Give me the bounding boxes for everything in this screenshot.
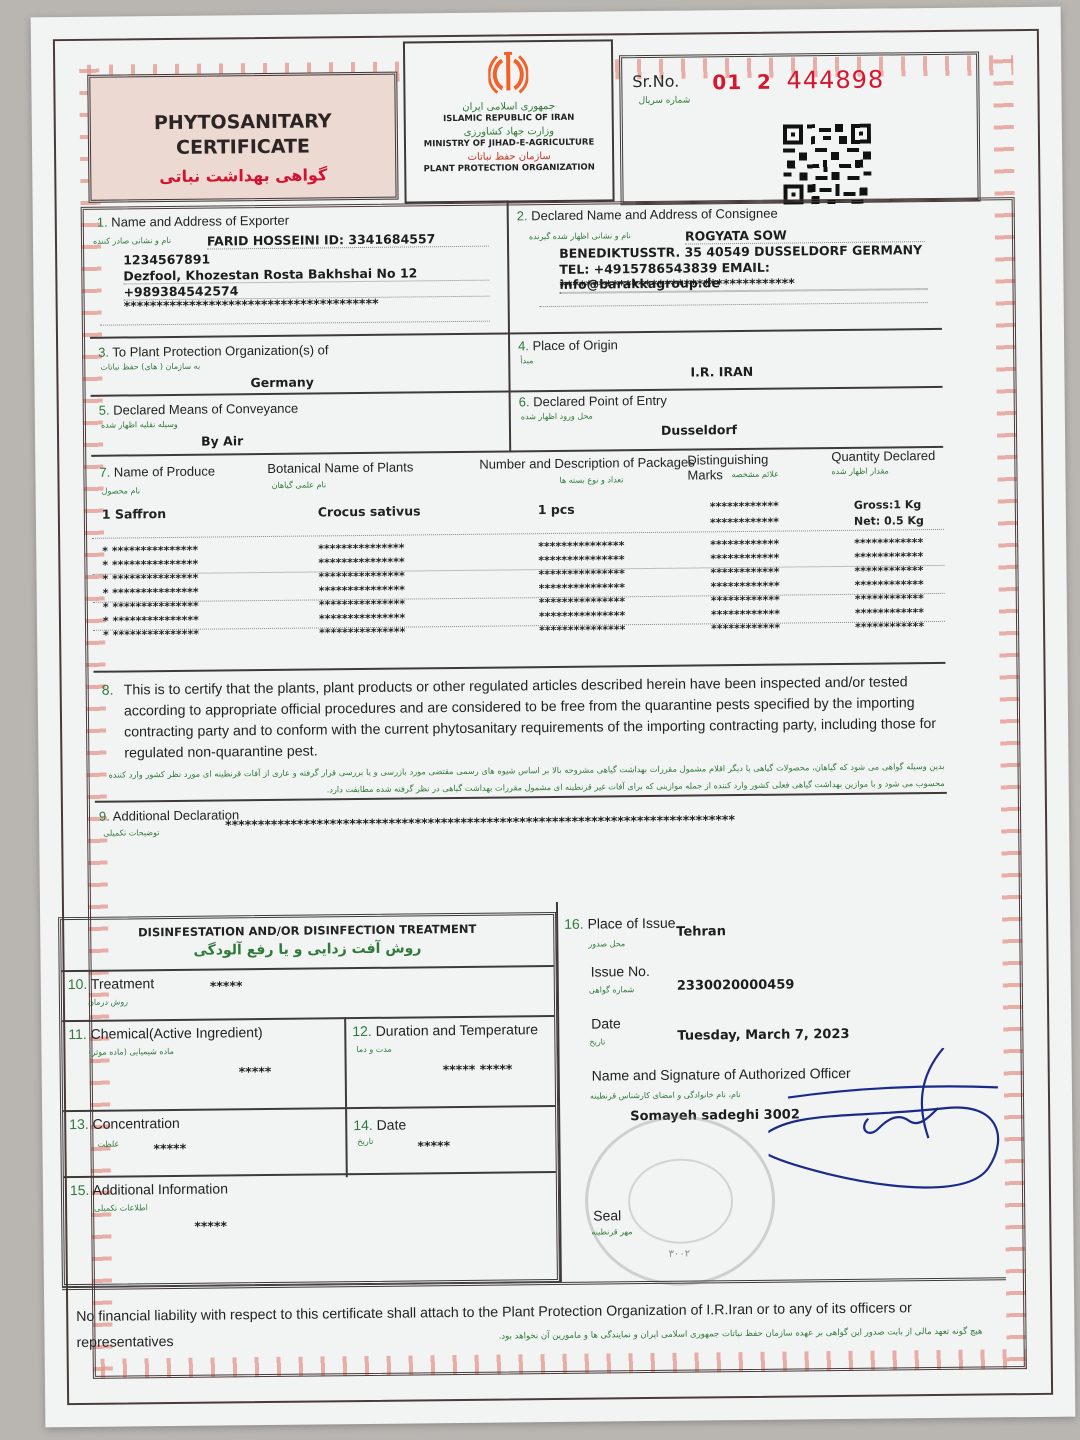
cell-packages: *************** — [538, 539, 624, 553]
ad-label: Additional Declaration — [113, 807, 240, 823]
cell-packages: *************** — [539, 595, 625, 609]
cell-quantity: Gross:1 Kg — [854, 498, 922, 512]
cell-quantity: ************ — [854, 564, 923, 578]
t13-value: ***** — [153, 1141, 186, 1156]
col-botanical-label-persian: نام علمی گیاهان — [272, 480, 327, 490]
col-quantity-label: Quantity Declared — [831, 448, 935, 464]
title-box: PHYTOSANITARY CERTIFICATE گواهی بهداشت ن… — [87, 72, 398, 203]
cell-marks: ************ — [711, 622, 780, 636]
issue-no-label: Issue No. — [591, 963, 650, 980]
cell-name: * *************** — [103, 600, 199, 614]
issue-no-label-persian: شماره گواهی — [589, 985, 635, 994]
t12-label: Duration and Temperature — [376, 1021, 539, 1039]
entry-label: Declared Point of Entry — [533, 393, 667, 409]
cell-name: * *************** — [103, 586, 199, 600]
certify-num: 8. — [102, 681, 114, 702]
cell-quantity: ************ — [854, 550, 923, 564]
divider — [91, 386, 943, 397]
col-botanical-label: Botanical Name of Plants — [267, 459, 413, 476]
org-english: PLANT PROTECTION ORGANIZATION — [406, 162, 612, 174]
ad-value: ****************************************… — [225, 812, 735, 832]
cell-name: * *************** — [102, 558, 198, 572]
cell-quantity: ************ — [855, 620, 924, 634]
iran-emblem-icon — [488, 50, 529, 98]
officer-label-persian: نام، نام خانوادگی و امضای کارشناس قرنطین… — [590, 1090, 741, 1101]
exporter-num: 1. — [97, 215, 108, 230]
t11-value: ***** — [239, 1064, 272, 1079]
t15-label: Additional Information — [92, 1180, 228, 1197]
ministry-english: MINISTRY OF JIHAD-E-AGRICULTURE — [406, 137, 612, 149]
cell-packages: *************** — [539, 581, 625, 595]
t14-label: Date — [377, 1117, 407, 1133]
cell-packages: *************** — [538, 567, 624, 581]
cell-packages: *************** — [538, 553, 624, 567]
cell-marks: ************ — [710, 566, 779, 580]
exporter-line-5: *************************************** — [124, 296, 379, 314]
treatment-section: DISINFESTATION AND/OR DISINFECTION TREAT… — [58, 912, 560, 1287]
cell-quantity: ************ — [855, 578, 924, 592]
footer-section: No financial liability with respect to t… — [62, 1277, 1007, 1367]
cell-botanical: *************** — [318, 556, 404, 570]
blank-line — [540, 302, 928, 307]
ministry-box: جمهوری اسلامی ایران ISLAMIC REPUBLIC OF … — [403, 39, 615, 203]
exporter-line-1: FARID HOSSEINI ID: 3341684557 — [207, 231, 489, 250]
cell-marks: ************ — [710, 538, 779, 552]
conveyance-label: Declared Means of Conveyance — [113, 401, 298, 418]
col-quantity-label-persian: مقدار اظهار شده — [831, 466, 888, 476]
date-value: Tuesday, March 7, 2023 — [677, 1027, 849, 1044]
cell-marks: ************ — [711, 580, 780, 594]
title-persian: گواهی بهداشت نباتی — [91, 165, 395, 187]
exporter-section: 1. Name and Address of Exporter نام و نش… — [89, 202, 510, 338]
origin-label-persian: مبدأ — [520, 356, 533, 365]
t11-label-persian: ماده شیمیایی (ماده موثر) — [88, 1047, 173, 1057]
t10-value: ***** — [210, 978, 243, 993]
produce-num: 7. — [99, 465, 110, 480]
ministry-persian: وزارت جهاد کشاورزی — [406, 125, 612, 138]
seal-label-persian: مهر قرنطینه — [591, 1227, 632, 1236]
additional-declaration-section: 9. Additional Declaration توضیحات تکمیلی… — [95, 790, 948, 915]
cell-packages: *************** — [539, 609, 625, 623]
serial-box: Sr.No. شماره سریال 01 2 444898 — [619, 52, 981, 206]
t11-num: 11. — [68, 1026, 87, 1042]
cell-botanical: *************** — [319, 612, 405, 626]
cell-marks: ************ — [710, 552, 779, 566]
serial-main: 444898 — [786, 65, 884, 94]
cell-quantity: Net: 0.5 Kg — [854, 514, 924, 528]
issue-section: 16. Place of Issue محل صدور Tehran Issue… — [556, 897, 1006, 1282]
t13-label: Concentration — [93, 1115, 180, 1132]
seal-number: ۳۰۰۲ — [669, 1249, 691, 1260]
cell-name: * *************** — [102, 544, 198, 558]
consignee-line-4: ************************************ — [559, 274, 927, 294]
blank-line — [100, 321, 490, 326]
date-label: Date — [591, 1015, 621, 1031]
to-ppo-label-persian: به سازمان ( های) حفظ نباتات — [100, 361, 220, 371]
certificate-paper: PHYTOSANITARY CERTIFICATE گواهی بهداشت ن… — [31, 7, 1076, 1428]
divider — [63, 1105, 555, 1112]
cell-packages: *************** — [539, 623, 625, 637]
to-ppo-value: Germany — [250, 374, 314, 390]
t10-num: 10. — [68, 976, 88, 992]
consignee-label-persian: نام و نشانی اظهار شده گیرنده — [529, 231, 659, 241]
signature-icon — [767, 1047, 1009, 1200]
serial-number: 01 2 444898 — [712, 65, 884, 95]
treatment-title-persian: روش آفت زدایی و یا رفع آلودگی — [61, 939, 553, 960]
t15-label-persian: اطلاعات تکمیلی — [94, 1203, 148, 1213]
issue-no-value: 2330020000459 — [677, 977, 795, 993]
country-persian: جمهوری اسلامی ایران — [406, 100, 612, 113]
certify-text: This is to certify that the plants, plan… — [102, 672, 943, 765]
t11-label: Chemical(Active Ingredient) — [91, 1024, 263, 1042]
cell-botanical: *************** — [318, 542, 404, 556]
ad-num: 9. — [99, 809, 110, 824]
cell-name: * *************** — [103, 614, 199, 628]
conveyance-value: By Air — [201, 433, 243, 448]
col-packages-label-persian: تعداد و نوع بسته ها — [559, 475, 623, 485]
ad-label-persian: توضیحات تکمیلی — [103, 828, 159, 838]
divider — [64, 1171, 556, 1178]
seal-label: Seal — [593, 1207, 621, 1223]
serial-prefix: 01 — [712, 70, 742, 94]
to-ppo-label: To Plant Protection Organization(s) of — [112, 342, 328, 359]
cell-botanical: *************** — [319, 584, 405, 598]
col-marks-label-persian: علائم مشخصه — [731, 470, 779, 479]
conveyance-num: 5. — [99, 403, 110, 418]
cell-botanical: *************** — [319, 626, 405, 640]
quarantine-seal-icon: ۳۰۰۲ — [584, 1115, 776, 1287]
entry-value: Dusseldorf — [661, 422, 737, 438]
place-label-persian: محل صدور — [588, 939, 625, 948]
cell-quantity: ************ — [855, 592, 924, 606]
entry-num: 6. — [519, 394, 530, 409]
cell-marks: ************ — [711, 608, 780, 622]
exporter-label: Name and Address of Exporter — [111, 213, 289, 230]
title-line-2: CERTIFICATE — [91, 134, 395, 162]
consignee-section: 2. Declared Name and Address of Consigne… — [509, 192, 942, 333]
cell-marks: ************ — [710, 516, 779, 530]
divider — [62, 965, 554, 972]
cell-botanical: *************** — [319, 598, 405, 612]
cell-packages: 1 pcs — [538, 502, 575, 517]
cell-marks: ************ — [710, 500, 779, 514]
t13-num: 13. — [69, 1116, 89, 1132]
divider — [344, 1017, 348, 1177]
t14-value: ***** — [417, 1138, 450, 1153]
origin-label: Place of Origin — [533, 337, 618, 353]
cell-marks: ************ — [711, 594, 780, 608]
exporter-label-persian: نام و نشانی صادر کننده — [93, 236, 193, 246]
cell-botanical: *************** — [318, 570, 404, 584]
footer-text: No financial liability with respect to t… — [76, 1294, 1006, 1356]
date-label-persian: تاریخ — [589, 1037, 605, 1046]
t14-label-persian: تاریخ — [357, 1137, 373, 1146]
t12-label-persian: مدت و دما — [356, 1045, 391, 1054]
entry-label-persian: محل ورود اظهار شده — [521, 412, 593, 422]
t15-value: ***** — [194, 1218, 227, 1233]
t14-num: 14. — [353, 1117, 373, 1133]
origin-value: I.R. IRAN — [690, 364, 753, 380]
issue-num: 16. — [564, 916, 584, 932]
col-packages-label: Number and Description of Packages — [479, 455, 694, 472]
country-english: ISLAMIC REPUBLIC OF IRAN — [406, 112, 612, 124]
place-value: Tehran — [676, 924, 726, 940]
t15-num: 15. — [70, 1182, 90, 1198]
cell-quantity: ************ — [854, 536, 923, 550]
t12-value: ***** ***** — [443, 1061, 513, 1077]
sections-3-6: 3. To Plant Protection Organization(s) o… — [90, 328, 943, 457]
t13-label-persian: غلظت — [97, 1140, 118, 1149]
t12-num: 12. — [352, 1023, 372, 1039]
serial-label: Sr.No. — [632, 72, 679, 91]
col-name-label-persian: نام محصول — [102, 486, 141, 495]
certify-section: 8. This is to certify that the plants, p… — [93, 662, 946, 801]
col-name-label: Name of Produce — [114, 464, 215, 480]
treatment-title: DISINFESTATION AND/OR DISINFECTION TREAT… — [61, 921, 553, 940]
t10-label-persian: روش درمان — [88, 997, 128, 1006]
exporter-line-2: 1234567891 — [123, 252, 210, 268]
serial-mid: 2 — [757, 70, 772, 94]
serial-label-persian: شماره سریال — [639, 96, 691, 107]
produce-section: 7. Name of Produce نام محصول Botanical N… — [91, 444, 945, 673]
cell-name: * *************** — [102, 572, 198, 586]
org-persian: سازمان حفظ نباتات — [406, 150, 612, 163]
origin-num: 4. — [518, 338, 529, 353]
conveyance-label-persian: وسیله نقلیه اظهار شده — [101, 420, 211, 430]
to-ppo-num: 3. — [98, 345, 109, 360]
cell-name: 1 Saffron — [102, 506, 166, 522]
title-line-1: PHYTOSANITARY — [91, 109, 395, 137]
t10-label: Treatment — [91, 975, 154, 992]
cell-botanical: Crocus sativus — [318, 503, 421, 519]
cell-name: * *************** — [103, 628, 199, 642]
place-label: Place of Issue — [587, 915, 675, 932]
consignee-num: 2. — [517, 208, 528, 223]
cell-quantity: ************ — [855, 606, 924, 620]
consignee-label: Declared Name and Address of Consignee — [531, 206, 778, 224]
